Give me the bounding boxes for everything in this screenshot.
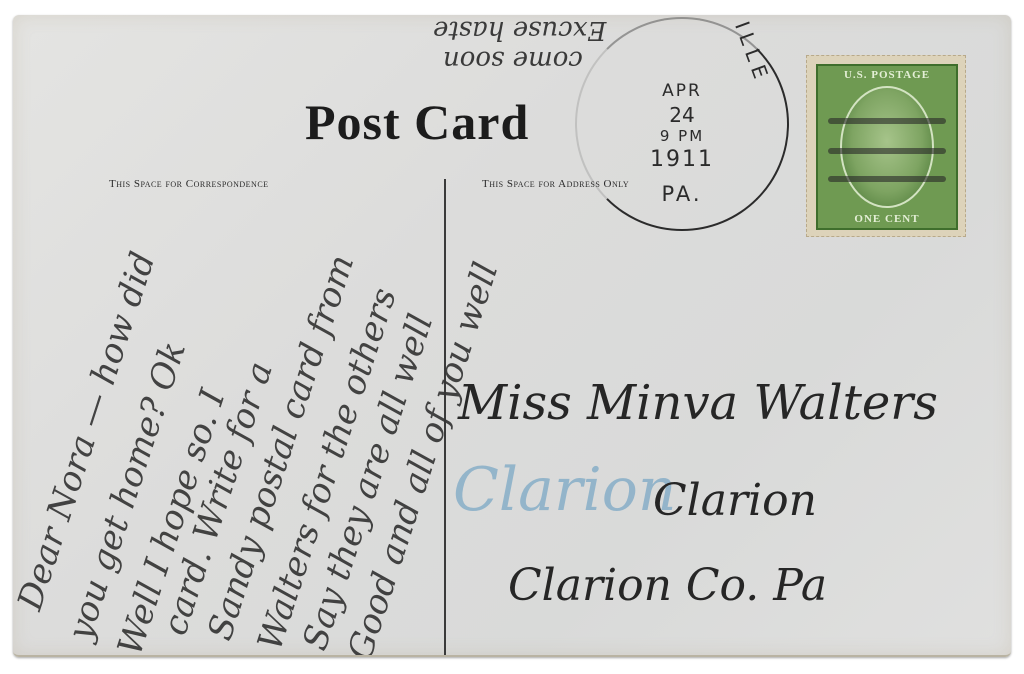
postage-stamp: U.S. POSTAGE ONE CENT — [806, 55, 966, 237]
postmark-state: PA. — [577, 182, 787, 206]
cancel-bar — [828, 148, 946, 154]
stamp-bottom-text: ONE CENT — [818, 213, 956, 225]
postmark-month: APR — [577, 81, 787, 101]
recipient-name: Miss Minva Walters — [458, 375, 938, 431]
postmark-year: 1911 — [577, 147, 787, 172]
stamp-top-text: U.S. POSTAGE — [818, 69, 956, 81]
cancel-bar — [828, 176, 946, 182]
upside-down-note-2: come soon — [443, 45, 583, 75]
postmark-time: 9 PM — [577, 127, 787, 145]
recipient-county-state: Clarion Co. Pa — [508, 560, 827, 611]
blue-overwrite: Clarion — [453, 455, 677, 525]
correspondence-caption: This Space for Correspondence — [109, 178, 269, 190]
postcard-title: Post Card — [305, 93, 529, 151]
franklin-portrait-icon — [840, 86, 934, 208]
postmark-town: ILLE — [730, 18, 775, 87]
cancel-bar — [828, 118, 946, 124]
postcard: Post Card This Space for Correspondence … — [13, 15, 1011, 657]
recipient-city: Clarion — [653, 475, 817, 526]
postmark: ILLE APR 24 9 PM 1911 PA. — [575, 17, 789, 231]
postmark-day: 24 — [577, 103, 787, 127]
upside-down-note-1: Excuse haste — [433, 15, 606, 45]
